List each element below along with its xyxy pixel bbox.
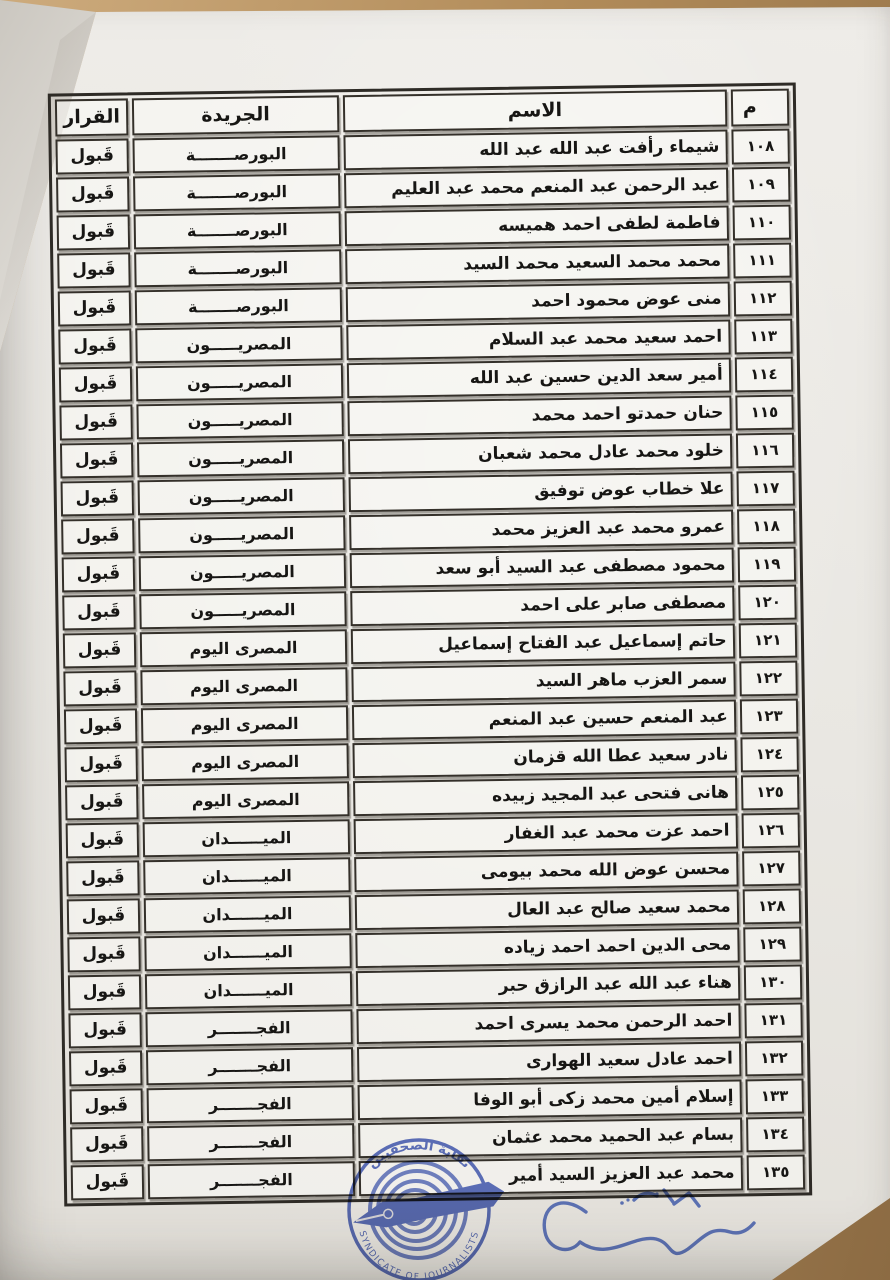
newspaper-name: البورصـــــــة [133, 173, 340, 211]
decision-value: قَبول [68, 974, 141, 1010]
svg-text:نقابة الصحفيين: نقابة الصحفيين [364, 1137, 473, 1171]
row-number: ١١١ [733, 243, 792, 279]
decision-value: قَبول [65, 784, 138, 820]
newspaper-name: المصرى اليوم [140, 667, 347, 705]
applicant-name: أمير سعد الدين حسين عبد الله [347, 358, 731, 399]
decision-value: قَبول [64, 746, 137, 782]
row-number: ١٣٤ [746, 1117, 805, 1153]
applicant-name: نادر سعيد عطا الله قزمان [352, 737, 736, 778]
row-number: ١٢٩ [743, 927, 802, 963]
newspaper-name: الميــــــدان [143, 819, 350, 857]
newspaper-name: البورصـــــــة [134, 211, 341, 249]
applicant-name: محمد سعيد صالح عبد العال [355, 889, 739, 930]
row-number: ١٢٨ [742, 889, 801, 925]
applicant-name: هانى فتحى عبد المجيد زبيده [353, 775, 737, 816]
row-number: ١٢٧ [742, 851, 801, 887]
acceptance-table: م الاسم الجريدة القرار ١٠٨شيماء رأفت عبد… [48, 83, 812, 1207]
decision-value: قَبول [69, 1050, 142, 1086]
stamp-arabic-text: نقابة الصحفيين [364, 1137, 473, 1171]
newspaper-name: الميــــــدان [143, 857, 350, 895]
applicant-name: فاطمة لطفى احمد هميسه [345, 206, 729, 247]
applicant-name: خلود محمد عادل محمد شعبان [348, 434, 732, 475]
decision-value: قَبول [57, 252, 130, 288]
newspaper-name: المصريـــــون [139, 553, 346, 591]
decision-value: قَبول [55, 138, 128, 174]
decision-value: قَبول [60, 442, 133, 478]
header-number: م [731, 89, 790, 127]
decision-value: قَبول [63, 670, 136, 706]
decision-value: قَبول [59, 404, 132, 440]
row-number: ١١٤ [735, 357, 794, 393]
applicant-name: عبد المنعم حسين عبد المنعم [352, 699, 736, 740]
applicant-name: محمد محمد السعيد محمد السيد [345, 244, 729, 285]
applicant-name: احمد الرحمن محمد يسرى احمد [356, 1003, 740, 1044]
applicant-name: هناء عبد الله عبد الرازق حبر [356, 965, 740, 1006]
decision-value: قَبول [56, 176, 129, 212]
row-number: ١٢٦ [741, 813, 800, 849]
acceptance-table-container: م الاسم الجريدة القرار ١٠٨شيماء رأفت عبد… [48, 83, 812, 1207]
decision-value: قَبول [67, 936, 140, 972]
row-number: ١٠٩ [732, 167, 791, 203]
applicant-name: محمود مصطفى عبد السيد أبو سعد [350, 547, 734, 588]
decision-value: قَبول [59, 366, 132, 402]
newspaper-name: الفجـــــــر [146, 1047, 353, 1085]
table-body: ١٠٨شيماء رأفت عبد الله عبد اللهالبورصـــ… [55, 129, 805, 1201]
applicant-name: منى عوض محمود احمد [346, 282, 730, 323]
row-number: ١٠٨ [731, 129, 790, 165]
decision-value: قَبول [61, 480, 134, 516]
applicant-name: عمرو محمد عبد العزيز محمد [349, 509, 733, 550]
applicant-name: سمر العزب ماهر السيد [351, 661, 735, 702]
applicant-name: إسلام أمين محمد زكى أبو الوفا [357, 1079, 741, 1120]
newspaper-name: المصريـــــون [139, 591, 346, 629]
photo-of-document: { "document": { "table": { "headers": { … [0, 0, 890, 1280]
newspaper-name: البورصـــــــة [135, 287, 342, 325]
newspaper-name: الميــــــدان [145, 971, 352, 1009]
row-number: ١١٠ [732, 205, 791, 241]
decision-value: قَبول [67, 898, 140, 934]
decision-value: قَبول [66, 860, 139, 896]
applicant-name: مصطفى صابر على احمد [350, 585, 734, 626]
svg-text:SYNDICATE OF JOURNALISTS: SYNDICATE OF JOURNALISTS [356, 1230, 481, 1280]
decision-value: قَبول [57, 214, 130, 250]
applicant-name: احمد سعيد محمد عبد السلام [346, 320, 730, 361]
row-number: ١١٧ [736, 471, 795, 507]
row-number: ١٣٢ [745, 1041, 804, 1077]
applicant-name: احمد عزت محمد عبد الغفار [354, 813, 738, 854]
row-number: ١١٩ [737, 547, 796, 583]
stamp-latin-text: SYNDICATE OF JOURNALISTS [356, 1230, 481, 1280]
header-decision: القرار [55, 98, 129, 136]
applicant-name: حنان حمدتو احمد محمد [347, 396, 731, 437]
row-number: ١١٣ [734, 319, 793, 355]
row-number: ١٣٠ [744, 965, 803, 1001]
newspaper-name: المصريـــــون [136, 401, 343, 439]
applicant-name: محسن عوض الله محمد بيومى [354, 851, 738, 892]
newspaper-name: الميــــــدان [144, 895, 351, 933]
row-number: ١١٨ [737, 509, 796, 545]
newspaper-name: المصريـــــون [135, 325, 342, 363]
applicant-name: عبد الرحمن عبد المنعم محمد عبد العليم [344, 168, 728, 209]
decision-value: قَبول [70, 1126, 143, 1162]
row-number: ١٢٥ [741, 775, 800, 811]
newspaper-name: المصرى اليوم [141, 743, 348, 781]
decision-value: قَبول [61, 518, 134, 554]
applicant-name: محى الدين احمد احمد زياده [355, 927, 739, 968]
handwritten-signature [522, 1176, 784, 1278]
newspaper-name: المصرى اليوم [141, 705, 348, 743]
row-number: ١٢٣ [740, 699, 799, 735]
row-number: ١٣٣ [745, 1079, 804, 1115]
newspaper-name: البورصـــــــة [132, 135, 339, 173]
row-number: ١١٦ [736, 433, 795, 469]
newspaper-name: المصرى اليوم [142, 781, 349, 819]
header-newspaper: الجريدة [132, 95, 339, 135]
decision-value: قَبول [68, 1012, 141, 1048]
applicant-name: علا خطاب عوض توفيق [348, 471, 732, 512]
newspaper-name: البورصـــــــة [134, 249, 341, 287]
row-number: ١٢٢ [739, 661, 798, 697]
decision-value: قَبول [58, 290, 131, 326]
row-number: ١٢٤ [740, 737, 799, 773]
row-number: ١١٢ [733, 281, 792, 317]
applicant-name: احمد عادل سعيد الهوارى [357, 1041, 741, 1082]
row-number: ١١٥ [735, 395, 794, 431]
newspaper-name: المصريـــــون [138, 515, 345, 553]
decision-value: قَبول [62, 556, 135, 592]
newspaper-name: المصريـــــون [137, 439, 344, 477]
header-name: الاسم [343, 90, 727, 133]
decision-value: قَبول [71, 1164, 144, 1200]
newspaper-name: المصرى اليوم [140, 629, 347, 667]
decision-value: قَبول [66, 822, 139, 858]
applicant-name: حاتم إسماعيل عبد الفتاح إسماعيل [351, 623, 735, 664]
newspaper-name: المصريـــــون [136, 363, 343, 401]
newspaper-name: المصريـــــون [138, 477, 345, 515]
decision-value: قَبول [62, 594, 135, 630]
applicant-name: شيماء رأفت عبد الله عبد الله [343, 130, 727, 171]
newspaper-name: الميــــــدان [144, 933, 351, 971]
syndicate-stamp: نقابة الصحفيين SYNDICATE OF JOURNALISTS [322, 1132, 514, 1280]
newspaper-name: الفجـــــــر [147, 1085, 354, 1123]
decision-value: قَبول [64, 708, 137, 744]
newspaper-name: الفجـــــــر [145, 1009, 352, 1047]
decision-value: قَبول [58, 328, 131, 364]
decision-value: قَبول [70, 1088, 143, 1124]
row-number: ١٣١ [744, 1003, 803, 1039]
row-number: ١٢٠ [738, 585, 797, 621]
row-number: ١٢١ [738, 623, 797, 659]
decision-value: قَبول [63, 632, 136, 668]
